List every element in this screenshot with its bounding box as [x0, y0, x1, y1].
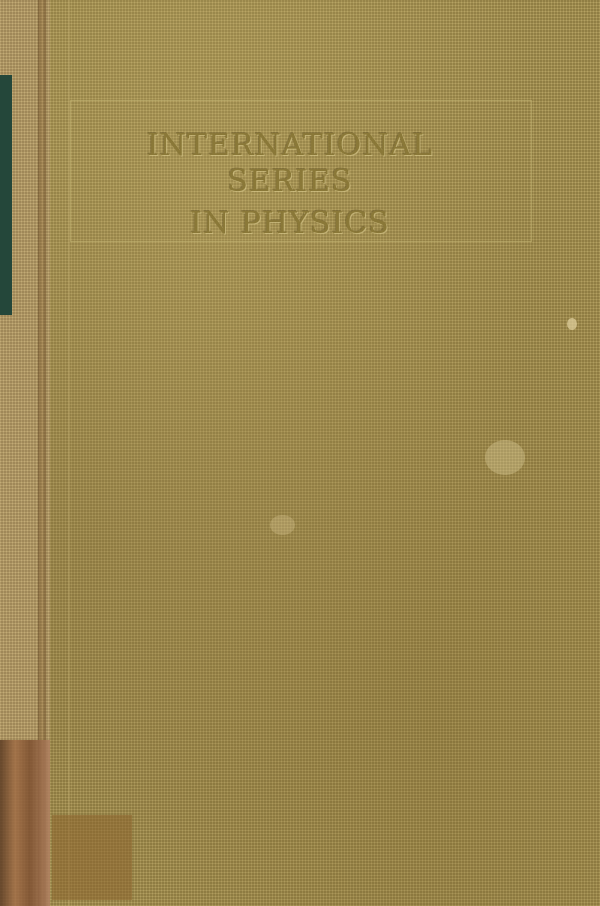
- wear-spot: [485, 440, 525, 475]
- series-title: INTERNATIONAL SERIES IN PHYSICS: [100, 128, 480, 242]
- spine-green-strip: [0, 75, 12, 315]
- library-tape: [0, 740, 50, 906]
- wear-spot: [270, 515, 295, 535]
- series-title-line-1: INTERNATIONAL SERIES: [100, 128, 480, 200]
- library-label-residue: [52, 815, 132, 900]
- series-title-line-2: IN PHYSICS: [100, 206, 480, 242]
- wear-spot: [567, 318, 577, 330]
- book-cover-photo: INTERNATIONAL SERIES IN PHYSICS: [0, 0, 600, 906]
